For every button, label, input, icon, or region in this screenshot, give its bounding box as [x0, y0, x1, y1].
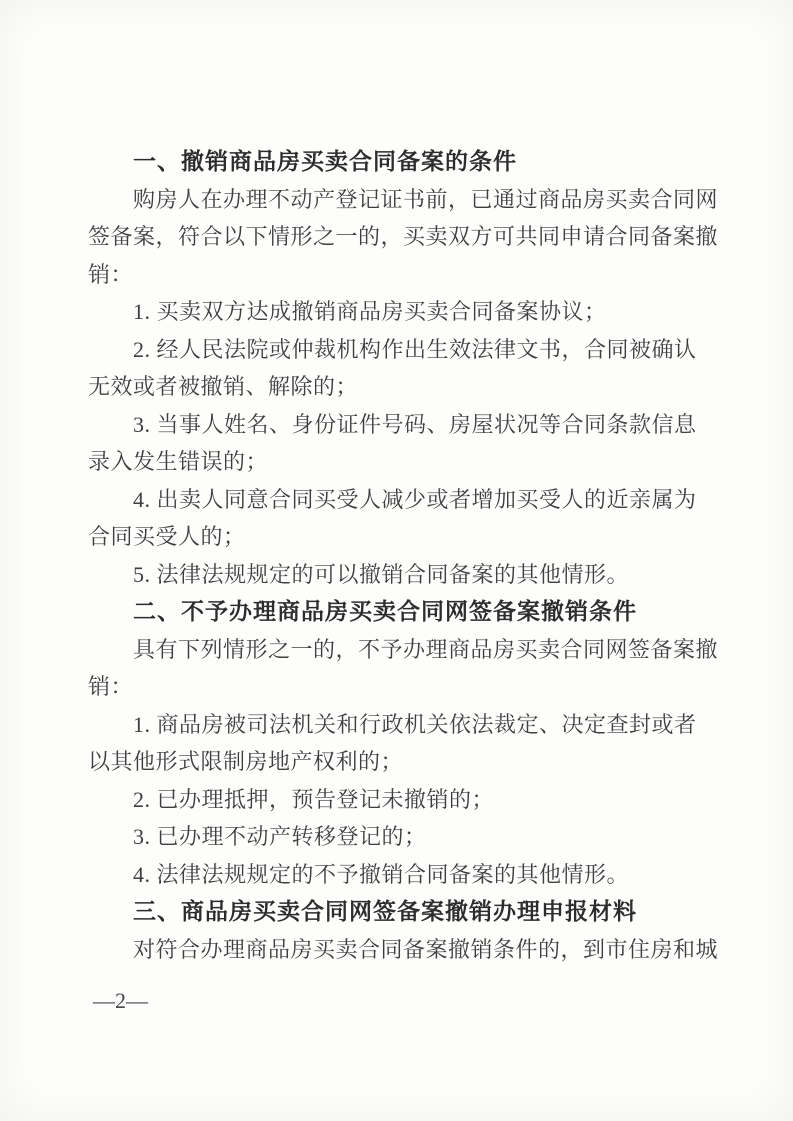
- section-1-intro-line-3: 销：: [88, 256, 708, 294]
- document-page: 一、撤销商品房买卖合同备案的条件 购房人在办理不动产登记证书前，已通过商品房买卖…: [0, 0, 793, 1121]
- section-2-intro-line-1: 具有下列情形之一的，不予办理商品房买卖合同网签备案撤: [88, 631, 708, 669]
- section-1-item-1: 1. 买卖双方达成撤销商品房买卖合同备案协议；: [88, 293, 708, 331]
- section-1-item-4-line-2: 合同买受人的；: [88, 518, 708, 556]
- section-2-item-1-line-2: 以其他形式限制房地产权利的；: [88, 743, 708, 781]
- section-2-item-1-line-1: 1. 商品房被司法机关和行政机关依法裁定、决定查封或者: [88, 706, 708, 744]
- section-1-item-2-line-1: 2. 经人民法院或仲裁机构作出生效法律文书，合同被确认: [88, 331, 708, 369]
- section-1-intro-line-2: 签备案，符合以下情形之一的，买卖双方可共同申请合同备案撤: [88, 218, 708, 256]
- section-1-item-5: 5. 法律法规规定的可以撤销合同备案的其他情形。: [88, 556, 708, 594]
- page-number: —2—: [93, 986, 148, 1016]
- section-2-item-3: 3. 已办理不动产转移登记的；: [88, 818, 708, 856]
- section-3-heading: 三、商品房买卖合同网签备案撤销办理申报材料: [88, 893, 708, 931]
- section-1-item-4-line-1: 4. 出卖人同意合同买受人减少或者增加买受人的近亲属为: [88, 481, 708, 519]
- section-2-heading: 二、不予办理商品房买卖合同网签备案撤销条件: [88, 593, 708, 631]
- section-1-item-3-line-1: 3. 当事人姓名、身份证件号码、房屋状况等合同条款信息: [88, 406, 708, 444]
- section-1-item-2-line-2: 无效或者被撤销、解除的；: [88, 368, 708, 406]
- section-1-heading: 一、撤销商品房买卖合同备案的条件: [88, 143, 708, 181]
- section-2-item-2: 2. 已办理抵押，预告登记未撤销的；: [88, 781, 708, 819]
- section-3-intro-line-1: 对符合办理商品房买卖合同备案撤销条件的，到市住房和城: [88, 931, 708, 969]
- section-2-intro-line-2: 销：: [88, 668, 708, 706]
- section-1-intro-line-1: 购房人在办理不动产登记证书前，已通过商品房买卖合同网: [88, 181, 708, 219]
- document-body: 一、撤销商品房买卖合同备案的条件 购房人在办理不动产登记证书前，已通过商品房买卖…: [88, 143, 708, 968]
- section-2-item-4: 4. 法律法规规定的不予撤销合同备案的其他情形。: [88, 856, 708, 894]
- section-1-item-3-line-2: 录入发生错误的；: [88, 443, 708, 481]
